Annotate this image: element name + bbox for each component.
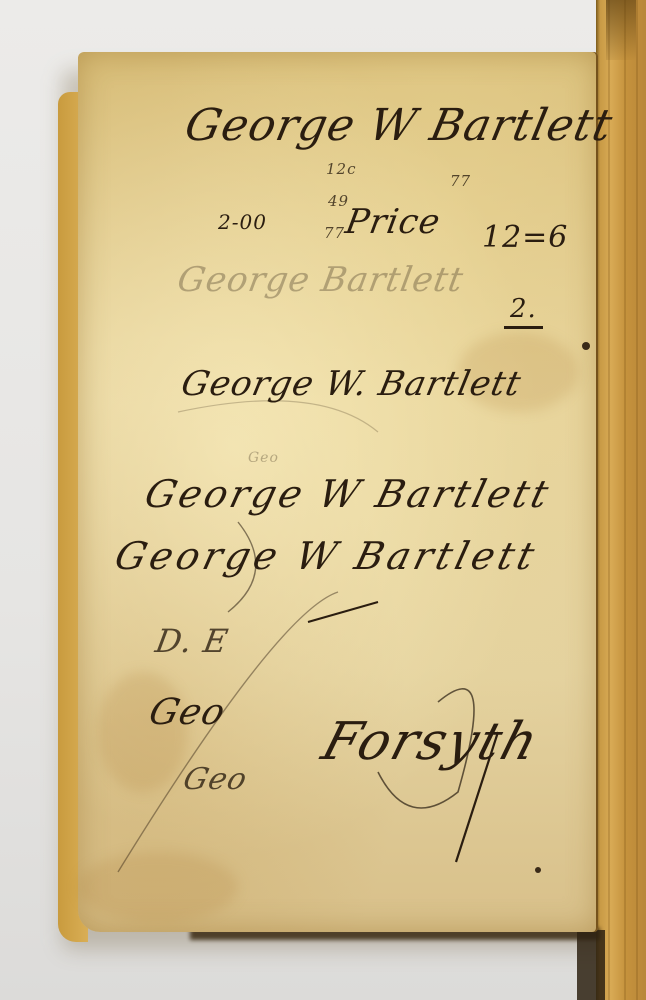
inscription-small-note: Geo [248, 450, 279, 466]
flyleaf-page: George W Bartlett 12c 77 49 77 2-00 Pric… [78, 52, 598, 932]
inscription-price-mark: 77 [450, 172, 471, 190]
inscription-forsyth: Forsyth [315, 712, 546, 772]
inscription-faded-name: George Bartlett [174, 260, 466, 300]
inscription-price-label: Price [342, 202, 443, 242]
inscription-price-mark: 12c [326, 160, 357, 178]
inscription-underlined-number: 2. [504, 294, 543, 329]
inscription-geo-1: Geo [145, 692, 230, 733]
inscription-initials: D. E [153, 622, 232, 660]
inscription-geo-2: Geo [180, 762, 252, 797]
spine-shadow-top [606, 0, 636, 60]
spine-bottom-shadow [577, 930, 605, 1000]
inscription-george-w-bartlett-4: George W Bartlett [111, 534, 543, 578]
spine-grain [624, 0, 626, 1000]
inscription-price-mark: 49 [328, 192, 349, 210]
inscription-left-note: 2-00 [218, 210, 267, 234]
ink-blot [582, 342, 590, 350]
inscription-george-w-bartlett-2: George W. Bartlett [178, 364, 525, 404]
inscription-price-value: 12=6 [482, 220, 568, 255]
inscription-george-w-bartlett-3: George W Bartlett [141, 472, 556, 516]
inscription-george-w-bartlett-1: George W Bartlett [181, 100, 618, 151]
paper-stain [78, 852, 238, 922]
spine-grain [636, 0, 638, 1000]
spine-grain [608, 0, 610, 1000]
